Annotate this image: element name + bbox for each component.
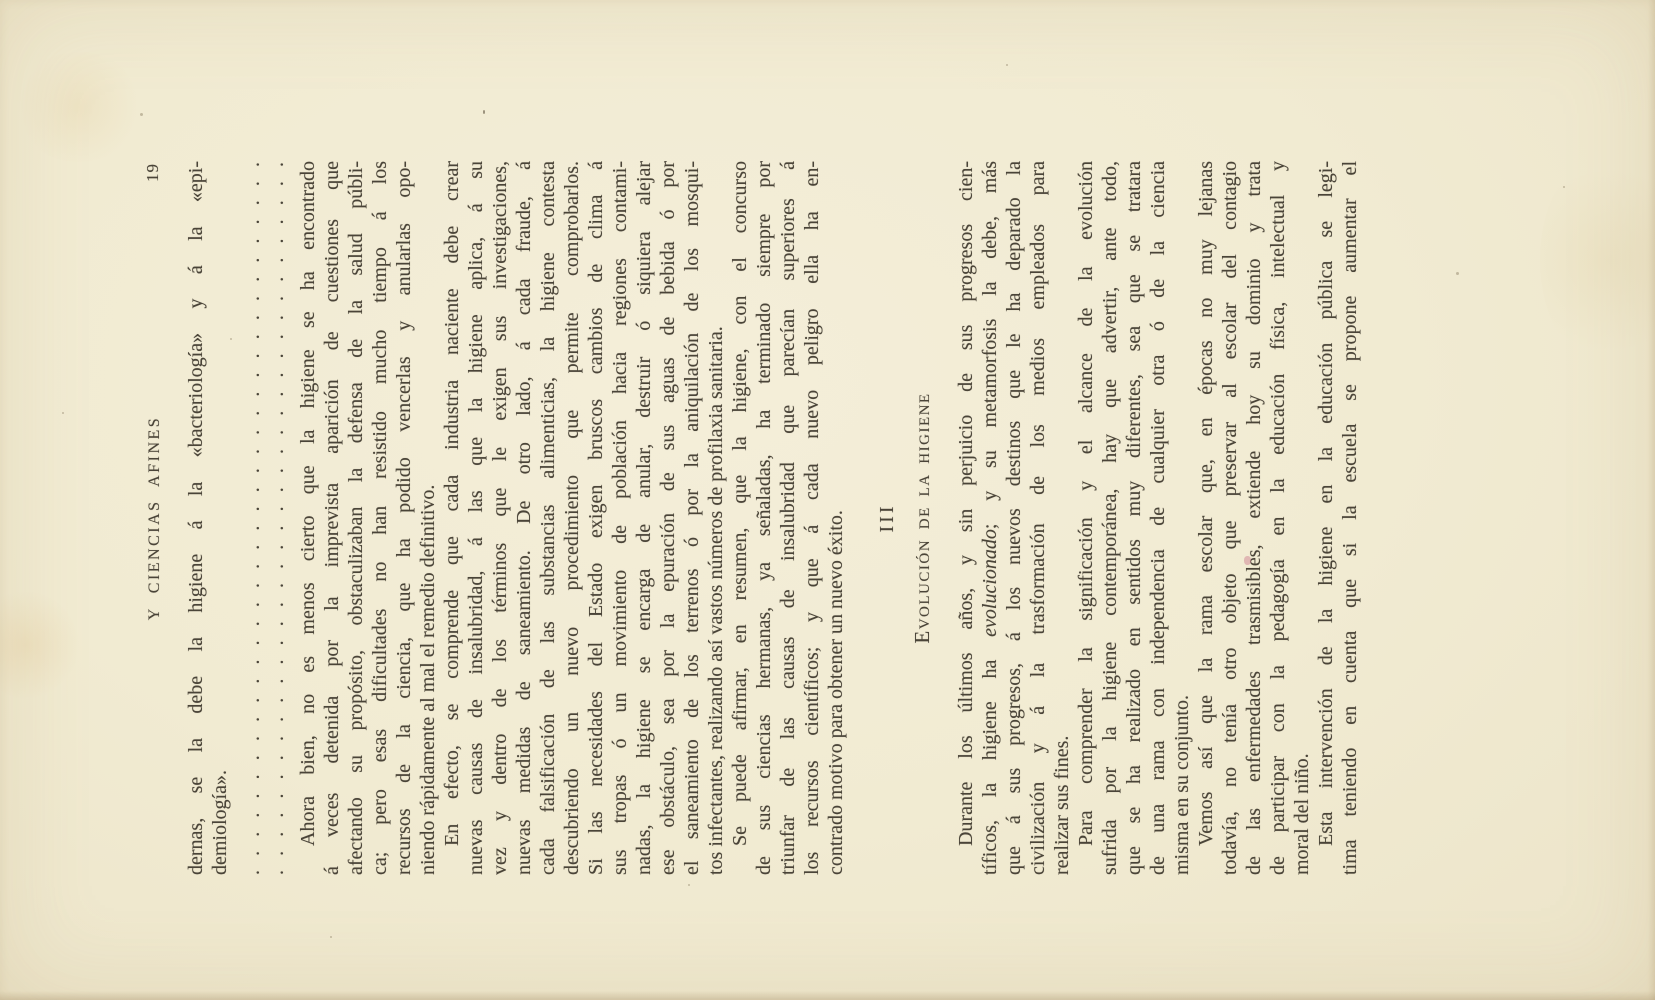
text-line: nuevas causas de insalubridad, á las que… <box>464 161 488 875</box>
text-line: Durante los últimos años, y sin perjuici… <box>954 161 978 875</box>
section-title: Evolución de la higiene <box>910 161 934 875</box>
text-line: Vemos así que la rama escolar que, en ép… <box>1194 161 1218 875</box>
text-line: tima teniendo en cuenta que si la escuel… <box>1338 161 1362 875</box>
text-line: de las enfermedades trasmisibles, extien… <box>1242 161 1266 875</box>
text-line: tos infectantes, realizando así vastos n… <box>704 161 728 875</box>
text-line: niendo rápidamente al mal el remedio def… <box>416 161 440 875</box>
text-line: demiología». <box>208 161 232 875</box>
book-page: Y CIENCIAS AFINES 19 dernas, se la debe … <box>0 0 1655 1000</box>
text-line: Se puede afirmar, en resumen, que la hig… <box>728 161 752 875</box>
text-line: misma en su conjunto. <box>1170 161 1194 875</box>
paragraph: Para comprender la significación y el al… <box>1074 161 1194 875</box>
italic-word: evolucionado <box>979 529 1001 637</box>
text-line: III <box>875 161 899 875</box>
text-line: dernas, se la debe la higiene á la «bact… <box>184 161 208 875</box>
text-fragment: ; y su metamorfosis la debe, más <box>979 161 1001 529</box>
text-line: de participar con la pedagogía en la edu… <box>1266 161 1290 875</box>
text-line: sus tropas ó un movimiento de población … <box>608 161 632 875</box>
text-line: Esta intervención de la higiene en la ed… <box>1314 161 1338 875</box>
text-line: moral del niño. <box>1290 161 1314 875</box>
text-line: cada falsificación de las substancias al… <box>536 161 560 875</box>
text-line: de sus ciencias hermanas, ya señaladas, … <box>752 161 776 875</box>
scanned-book-page: Y CIENCIAS AFINES 19 dernas, se la debe … <box>0 0 1655 1000</box>
text-line: todavía, no tenía otro objeto que preser… <box>1218 161 1242 875</box>
text-line: que á sus progresos, á los nuevos destin… <box>1002 161 1026 875</box>
paragraph: En efecto, se comprende que cada industr… <box>440 161 728 875</box>
text-line: Evolución de la higiene <box>910 161 934 875</box>
paragraph: Ahora bien, no es menos cierto que la hi… <box>296 161 440 875</box>
text-line: tíficos, la higiene ha evolucionado; y s… <box>978 161 1002 875</box>
text-line: afectando su propósito, obstaculizaban l… <box>344 161 368 875</box>
text-line: Para comprender la significación y el al… <box>1074 161 1098 875</box>
running-header-title: Y CIENCIAS AFINES <box>146 161 164 875</box>
text-line: de una rama con independencia de cualqui… <box>1146 161 1170 875</box>
text-line: descubriendo un nuevo procedimiento que … <box>560 161 584 875</box>
paragraph: Durante los últimos años, y sin perjuici… <box>954 161 1074 875</box>
text-line: realizar sus fines. <box>1050 161 1074 875</box>
text-line: nadas, la higiene se encarga de anular, … <box>632 161 656 875</box>
text-column: dernas, se la debe la higiene á la «bact… <box>184 161 1362 875</box>
text-line: los recursos científicos; y que á cada n… <box>800 161 824 875</box>
paragraph: Se puede afirmar, en resumen, que la hig… <box>728 161 848 875</box>
ellipsis-block: . . . . . . . . . . . . . . . . . . . . … <box>241 161 289 875</box>
text-line: ca; pero esas dificultades no han resist… <box>368 161 392 875</box>
text-line: nuevas medidas de saneamiento. De otro l… <box>512 161 536 875</box>
section-number: III <box>875 161 899 875</box>
paragraph: Esta intervención de la higiene en la ed… <box>1314 161 1362 875</box>
paragraph: dernas, se la debe la higiene á la «bact… <box>184 161 232 875</box>
text-line: á veces detenida por la imprevista apari… <box>320 161 344 875</box>
text-line: En efecto, se comprende que cada industr… <box>440 161 464 875</box>
text-line: ese obstáculo, sea por la epuración de s… <box>656 161 680 875</box>
page-number: 19 <box>143 163 163 182</box>
paragraph: Vemos así que la rama escolar que, en ép… <box>1194 161 1314 875</box>
text-line: sufrida por la higiene contemporánea, ha… <box>1098 161 1122 875</box>
text-line: el saneamiento de los terrenos ó por la … <box>680 161 704 875</box>
ellipsis-line: . . . . . . . . . . . . . . . . . . . . … <box>241 161 265 875</box>
text-line: Ahora bien, no es menos cierto que la hi… <box>296 161 320 875</box>
text-line: que se ha realizado en sentidos muy dife… <box>1122 161 1146 875</box>
ellipsis-line: . . . . . . . . . . . . . . . . . . . . … <box>265 161 289 875</box>
running-head: Y CIENCIAS AFINES 19 <box>146 161 172 875</box>
text-line: recursos de la ciencia, que ha podido ve… <box>392 161 416 875</box>
text-line: triunfar de las causas de insalubridad q… <box>776 161 800 875</box>
text-line: vez y dentro de los términos que le exig… <box>488 161 512 875</box>
text-line: contrado motivo para obtener un nuevo éx… <box>824 161 848 875</box>
text-fragment: tíficos, la higiene ha <box>979 637 1001 875</box>
text-line: Si las necesidades del Estado exigen bru… <box>584 161 608 875</box>
text-line: civilización y á la trasformación de los… <box>1026 161 1050 875</box>
